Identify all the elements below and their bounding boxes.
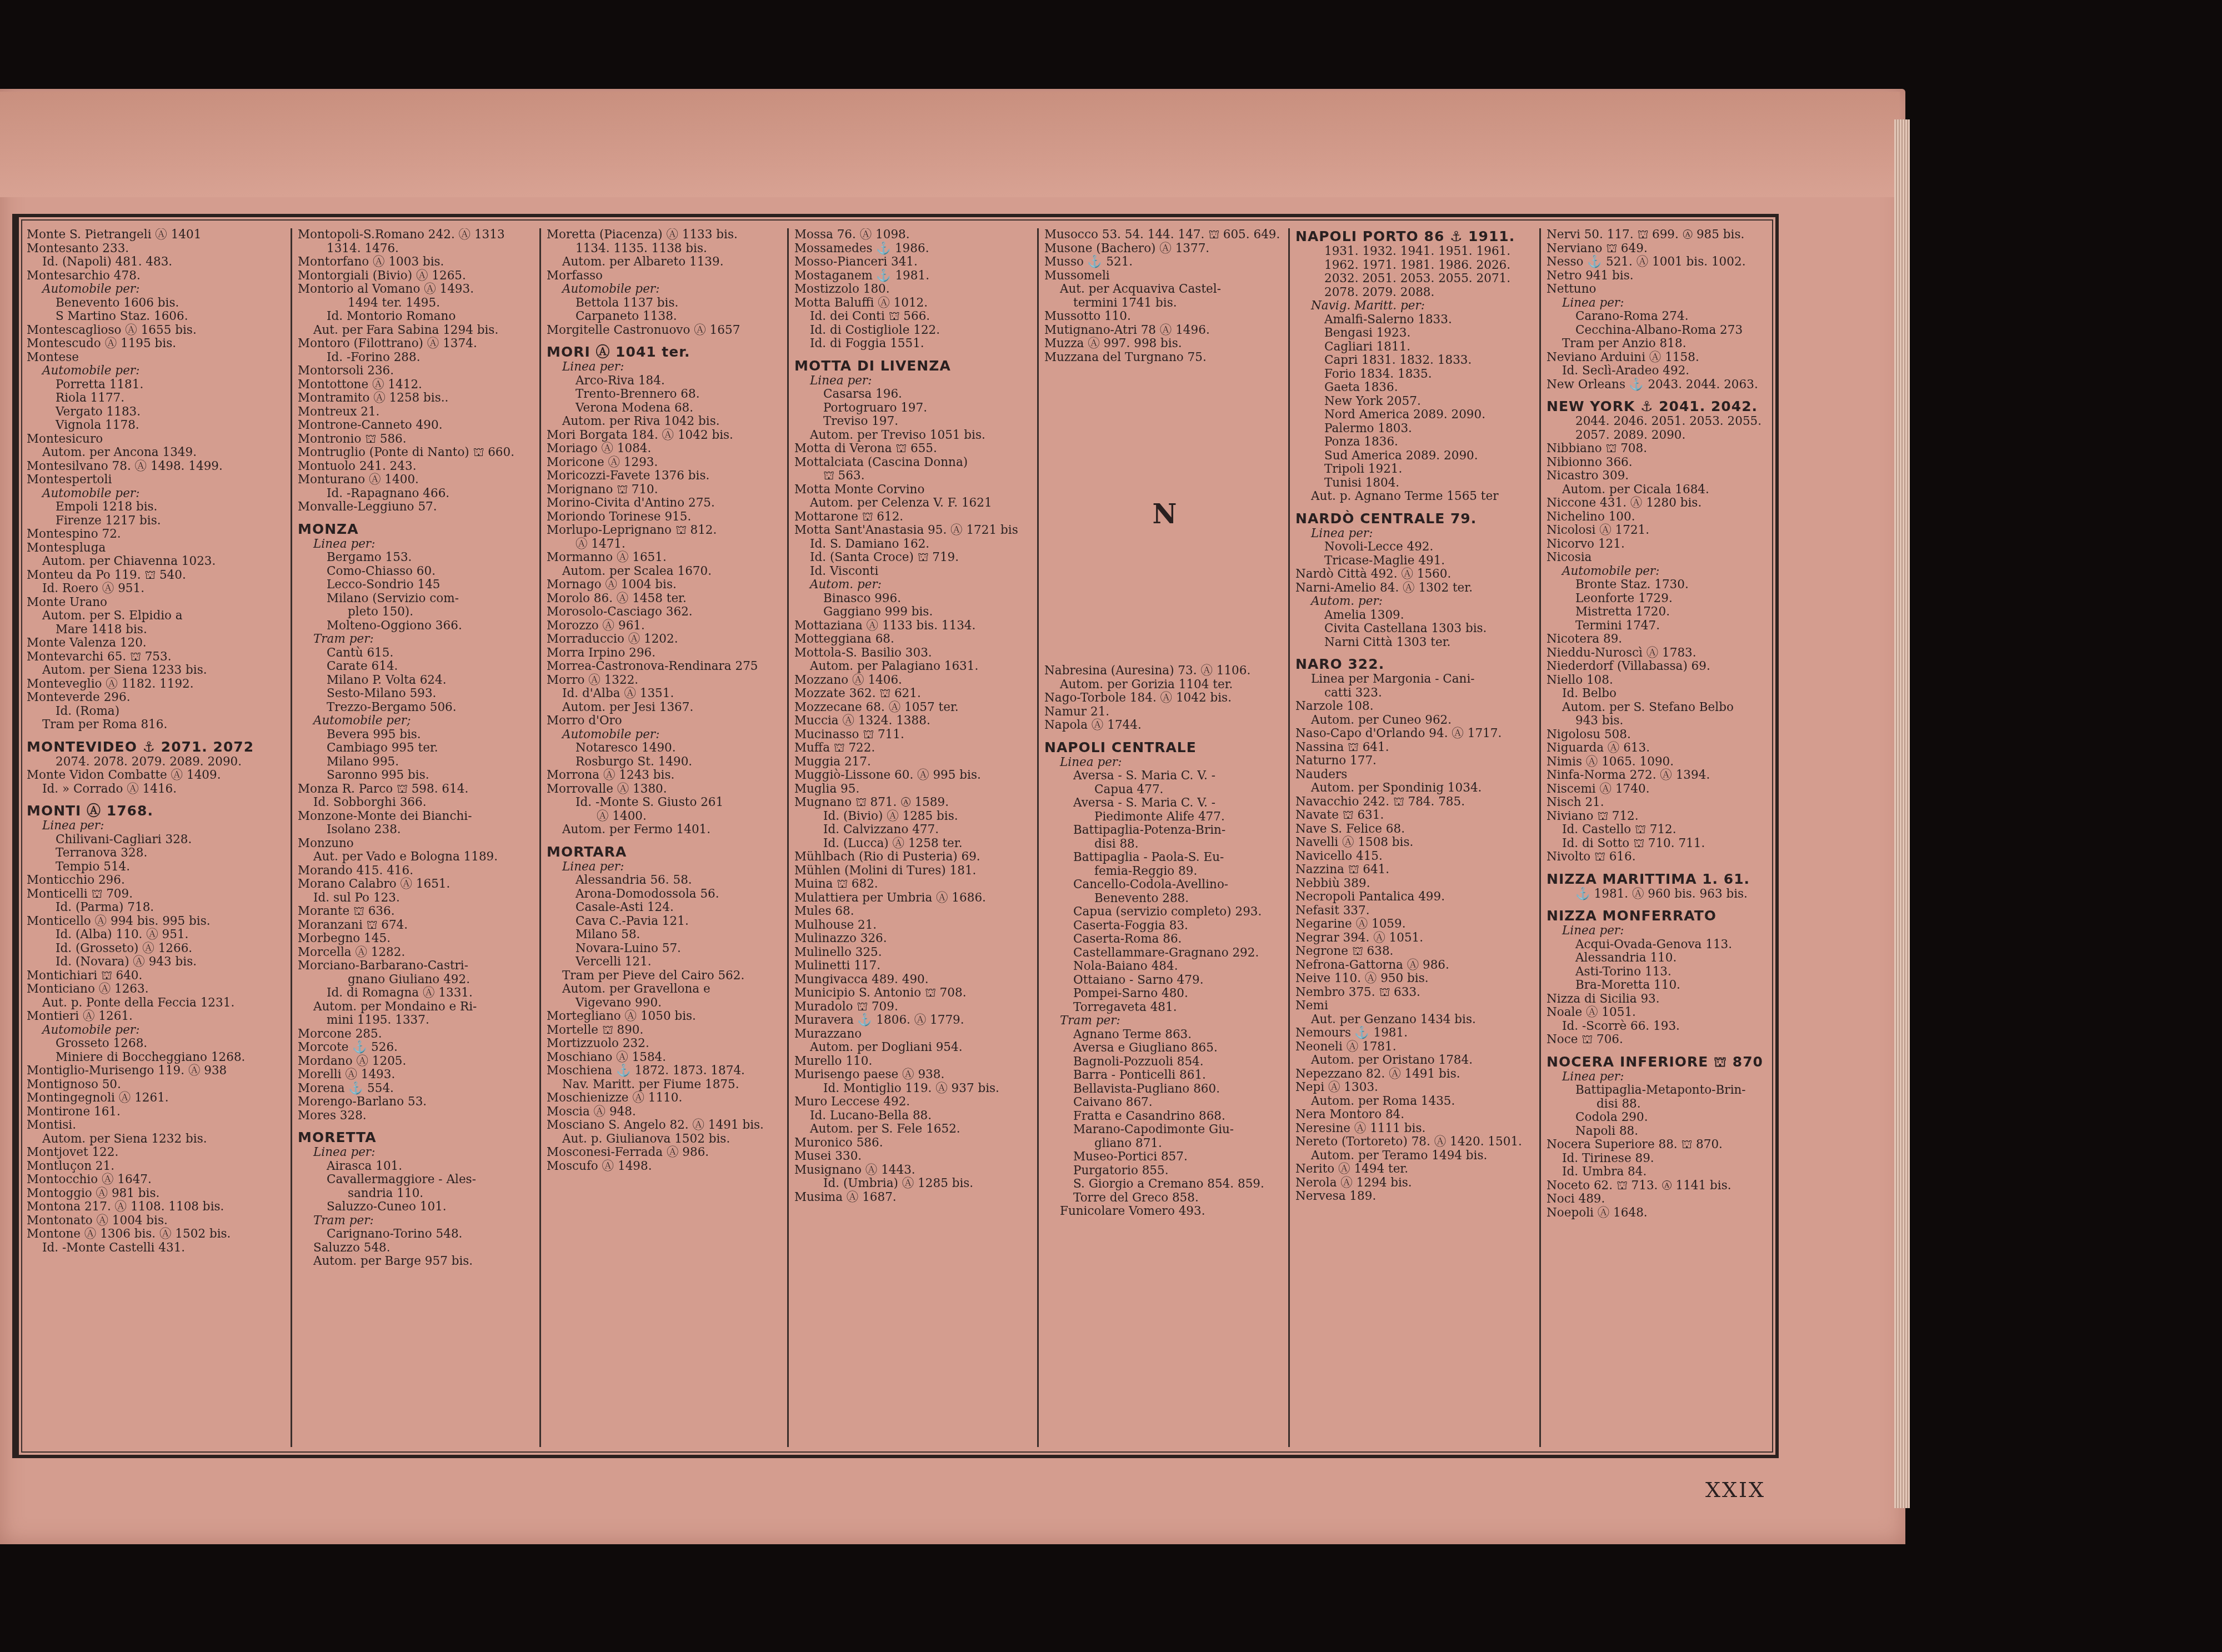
index-subentry: Nola-Baiano 484.	[1044, 960, 1285, 974]
index-entry: Montirone 161.	[27, 1105, 287, 1119]
index-subentry: Id. (Grosseto) Ⓐ 1266.	[27, 942, 287, 956]
index-entry: Monticelli ⛫ 709.	[27, 888, 287, 902]
index-subentry: pleto 150).	[298, 605, 536, 619]
page-number: XXIX	[1705, 1478, 1765, 1502]
index-entry: Motta di Verona ⛫ 655.	[794, 442, 1034, 456]
index-subentry: Aversa e Giugliano 865.	[1044, 1042, 1285, 1055]
index-subentry: Linea per:	[547, 860, 784, 874]
index-entry: Nazzina ⛫ 641.	[1295, 863, 1536, 877]
index-subentry: Civita Castellana 1303 bis.	[1295, 622, 1536, 636]
index-subentry: Gaeta 1836.	[1295, 381, 1536, 395]
index-entry: Nave S. Felice 68.	[1295, 823, 1536, 837]
index-subentry: Novara-Luino 57.	[547, 942, 784, 956]
index-subentry: Autom. per Palagiano 1631.	[794, 660, 1034, 674]
index-subentry: 1931. 1932. 1941. 1951. 1961.	[1295, 245, 1536, 259]
index-entry: Monte Urano	[27, 596, 287, 610]
index-subentry: Gaggiano 999 bis.	[794, 605, 1034, 619]
index-subentry: Id. -Rapagnano 466.	[298, 487, 536, 501]
index-entry: Montignoso 50.	[27, 1078, 287, 1092]
index-subentry: Napoli 88.	[1547, 1125, 1776, 1139]
index-entry: Mortizzuolo 232.	[547, 1037, 784, 1051]
index-subentry: Id. -Scorrè 66. 193.	[1547, 1020, 1776, 1034]
index-entry: Montorfano Ⓐ 1003 bis.	[298, 256, 536, 269]
index-subentry: Como-Chiasso 60.	[298, 565, 536, 579]
index-entry: Nemi	[1295, 999, 1536, 1013]
index-subentry: Aut. p. Agnano Terme 1565 ter	[1295, 490, 1536, 504]
index-subentry: Bra-Moretta 110.	[1547, 979, 1776, 993]
station-heading: NIZZA MARITTIMA 1. 61.	[1547, 871, 1776, 888]
index-subentry: Linea per:	[27, 819, 287, 833]
index-subentry: Id. Tirinese 89.	[1547, 1152, 1776, 1166]
index-entry: Nago-Torbole 184. Ⓐ 1042 bis.	[1044, 692, 1285, 705]
index-entry: Montescaglioso Ⓐ 1655 bis.	[27, 324, 287, 338]
index-entry: Morena ⚓ 554.	[298, 1082, 536, 1096]
index-entry: Moretta (Piacenza) Ⓐ 1133 bis.	[547, 228, 784, 242]
index-entry: Morignano ⛫ 710.	[547, 483, 784, 497]
index-subentry: Id. (Umbria) Ⓐ 1285 bis.	[794, 1177, 1034, 1191]
index-subentry: Autom. per S. Elpidio a	[27, 609, 287, 623]
index-entry: Naturno 177.	[1295, 754, 1536, 768]
index-entry: Murello 110.	[794, 1055, 1034, 1069]
index-subentry: Caserta-Foggia 83.	[1044, 919, 1285, 933]
index-entry: Montespino 72.	[27, 528, 287, 542]
index-subentry: Id. Montorio Romano	[298, 310, 536, 324]
page-edge-stack	[1894, 119, 1910, 1508]
index-subentry: Ⓐ 1471.	[547, 538, 784, 552]
index-entry: Moschiano Ⓐ 1584.	[547, 1051, 784, 1065]
index-entry: Morraduccio Ⓐ 1202.	[547, 633, 784, 647]
index-column-7: Nervi 50. 117. ⛫ 699. Ⓐ 985 bis.Nerviano…	[1541, 228, 1780, 1447]
index-subentry: Id. (Lucca) Ⓐ 1258 ter.	[794, 837, 1034, 851]
index-entry: Mossa 76. Ⓐ 1098.	[794, 228, 1034, 242]
index-entry: Montescudo Ⓐ 1195 bis.	[27, 337, 287, 351]
index-subentry: Piedimonte Alife 477.	[1044, 810, 1285, 824]
index-entry: Navate ⛫ 631.	[1295, 809, 1536, 823]
index-entry: Muravera ⚓ 1806. Ⓐ 1779.	[794, 1014, 1034, 1028]
index-subentry: Trezzo-Bergamo 506.	[298, 701, 536, 715]
index-subentry: 1962. 1971. 1981. 1986. 2026.	[1295, 259, 1536, 273]
index-subentry: Capua 477.	[1044, 783, 1285, 797]
index-entry: Nervi 50. 117. ⛫ 699. Ⓐ 985 bis.	[1547, 228, 1776, 242]
index-subentry: Autom. per Dogliani 954.	[794, 1041, 1034, 1055]
index-subentry: Autom. per Chiavenna 1023.	[27, 555, 287, 569]
index-entry: Naso-Capo d'Orlando 94. Ⓐ 1717.	[1295, 727, 1536, 741]
index-entry: Mornago Ⓐ 1004 bis.	[547, 578, 784, 592]
index-entry: Mosciano S. Angelo 82. Ⓐ 1491 bis.	[547, 1119, 784, 1133]
index-subentry: Trento-Brennero 68.	[547, 388, 784, 402]
index-subentry: Saluzzo-Cuneo 101.	[298, 1200, 536, 1214]
index-column-5: Musocco 53. 54. 144. 147. ⛫ 605. 649.Mus…	[1039, 228, 1290, 1447]
index-subentry: Linea per:	[298, 538, 536, 552]
index-entry: Montronio ⛫ 586.	[298, 433, 536, 447]
index-entry: Netro 941 bis.	[1547, 269, 1776, 283]
index-entry: Nefasit 337.	[1295, 904, 1536, 918]
index-subentry: Grosseto 1268.	[27, 1037, 287, 1051]
index-subentry: Autom. per Barge 957 bis.	[298, 1255, 536, 1269]
index-entry: Mozzate 362. ⛫ 621.	[794, 687, 1034, 701]
index-subentry: Autom. per Spondinig 1034.	[1295, 782, 1536, 795]
index-subentry: Porretta 1181.	[27, 378, 287, 392]
index-subentry: Cambiago 995 ter.	[298, 742, 536, 755]
index-entry: Montonato Ⓐ 1004 bis.	[27, 1214, 287, 1228]
index-entry: Nepi Ⓐ 1303.	[1295, 1081, 1536, 1095]
index-subentry: Id. sul Po 123.	[298, 892, 536, 905]
index-entry: Montichiari ⛫ 640.	[27, 969, 287, 983]
index-subentry: Palermo 1803.	[1295, 422, 1536, 436]
index-entry: Navacchio 242. ⛫ 784. 785.	[1295, 795, 1536, 809]
index-subentry: Id. Belbo	[1547, 687, 1776, 701]
page-top-margin	[0, 92, 1900, 197]
index-entry: Moscia Ⓐ 948.	[547, 1105, 784, 1119]
index-entry: Montevarchi 65. ⛫ 753.	[27, 650, 287, 664]
index-entry: Nembro 375. ⛫ 633.	[1295, 986, 1536, 1000]
index-entry: Muradolo ⛫ 709.	[794, 1000, 1034, 1014]
index-subentry: Autom. per Siena 1232 bis.	[27, 1133, 287, 1147]
index-entry: Mussomeli	[1044, 269, 1285, 283]
station-heading: NARDÒ CENTRALE 79.	[1295, 510, 1536, 527]
index-entry: Morante ⛫ 636.	[298, 905, 536, 919]
index-entry: Motta Baluffi Ⓐ 1012.	[794, 297, 1034, 311]
index-subentry: Molteno-Oggiono 366.	[298, 619, 536, 633]
index-subentry: Autom. per S. Stefano Belbo	[1547, 701, 1776, 715]
index-subentry: Autom. per Oristano 1784.	[1295, 1054, 1536, 1068]
index-subentry: Bagnoli-Pozzuoli 854.	[1044, 1055, 1285, 1069]
index-entry: Nigolosu 508.	[1547, 728, 1776, 742]
index-entry: Nerito Ⓐ 1494 ter.	[1295, 1163, 1536, 1177]
index-subentry: Codola 290.	[1547, 1111, 1776, 1125]
index-subentry: Ottaiano - Sarno 479.	[1044, 974, 1285, 988]
index-entry: Moriondo Torinese 915.	[547, 510, 784, 524]
index-subentry: S. Giorgio a Cremano 854. 859.	[1044, 1178, 1285, 1192]
index-subentry: Id. di Costigliole 122.	[794, 324, 1034, 338]
index-entry: Noale Ⓐ 1051.	[1547, 1006, 1776, 1020]
index-subentry: Autom. per Roma 1435.	[1295, 1095, 1536, 1109]
index-entry: Mulinello 325.	[794, 946, 1034, 960]
index-entry: Necropoli Pantalica 499.	[1295, 890, 1536, 904]
index-subentry: Forio 1834. 1835.	[1295, 368, 1536, 382]
index-subentry: Id. Seclì-Aradeo 492.	[1547, 364, 1776, 378]
index-entry: Nizza di Sicilia 93.	[1547, 993, 1776, 1007]
index-subentry: 1314. 1476.	[298, 242, 536, 256]
index-subentry: Carate 614.	[298, 660, 536, 674]
index-subentry: Caivano 867.	[1044, 1096, 1285, 1110]
index-entry: Motta Sant'Anastasia 95. Ⓐ 1721 bis	[794, 524, 1034, 538]
index-subentry: Id. -Monte Castelli 431.	[27, 1241, 287, 1255]
index-subentry: Mare 1418 bis.	[27, 623, 287, 637]
index-subentry: 2078. 2079. 2088.	[1295, 286, 1536, 300]
index-entry: Moschiena ⚓ 1872. 1873. 1874.	[547, 1064, 784, 1078]
index-entry: Niviano ⛫ 712.	[1547, 810, 1776, 824]
index-entry: Mores 328.	[298, 1109, 536, 1123]
index-entry: Mossamedes ⚓ 1986.	[794, 242, 1034, 256]
index-subentry: 2074. 2078. 2079. 2089. 2090.	[27, 755, 287, 769]
index-entry: Monturano Ⓐ 1400.	[298, 473, 536, 487]
index-subentry: Linea per:	[1295, 527, 1536, 541]
index-subentry: Caserta-Roma 86.	[1044, 933, 1285, 947]
index-entry: Nicolosi Ⓐ 1721.	[1547, 524, 1776, 538]
index-entry: Mori Borgata 184. Ⓐ 1042 bis.	[547, 429, 784, 443]
index-subentry: femia-Reggio 89.	[1044, 865, 1285, 879]
index-subentry: Id. Lucano-Bella 88.	[794, 1109, 1034, 1123]
index-entry: Montreux 21.	[298, 406, 536, 419]
index-subentry: Navig. Maritt. per:	[1295, 299, 1536, 313]
index-subentry: Bergamo 153.	[298, 551, 536, 565]
index-entry: Murisengo paese Ⓐ 938.	[794, 1068, 1034, 1082]
index-subentry: Autom. per:	[1295, 595, 1536, 609]
station-heading: NIZZA MONFERRATO	[1547, 908, 1776, 924]
station-heading: NARO 322.	[1295, 656, 1536, 673]
index-column-6: NAPOLI PORTO 86 ⚓ 1911.1931. 1932. 1941.…	[1290, 228, 1541, 1447]
index-entry: Morino-Civita d'Antino 275.	[547, 497, 784, 510]
index-entry: Nibbiano ⛫ 708.	[1547, 442, 1776, 456]
index-subentry: Bellavista-Pugliano 860.	[1044, 1083, 1285, 1097]
index-subentry: Autom. per Celenza V. F. 1621	[794, 497, 1034, 510]
index-entry: Morcote ⚓ 526.	[298, 1041, 536, 1055]
index-subentry: Acqui-Ovada-Genova 113.	[1547, 938, 1776, 952]
index-entry: Motta Monte Corvino	[794, 483, 1034, 497]
index-subentry: Bettola 1137 bis.	[547, 297, 784, 311]
index-subentry: Id. Roero Ⓐ 951.	[27, 582, 287, 596]
index-subentry: Autom. per Cuneo 962.	[1295, 714, 1536, 728]
index-entry: Namur 21.	[1044, 705, 1285, 719]
index-subentry: Autom. per Ancona 1349.	[27, 446, 287, 460]
index-subentry: Carpaneto 1138.	[547, 310, 784, 324]
index-entry: Monticiano Ⓐ 1263.	[27, 983, 287, 997]
station-heading: NOCERA INFERIORE ⛫ 870	[1547, 1054, 1776, 1070]
index-subentry: gliano 871.	[1044, 1137, 1285, 1151]
index-subentry: Tram per:	[298, 1214, 536, 1228]
index-subentry: Narni Città 1303 ter.	[1295, 636, 1536, 650]
index-entry: Narzole 108.	[1295, 700, 1536, 714]
index-entry: Morcella Ⓐ 1282.	[298, 946, 536, 960]
index-subentry: Vergato 1183.	[27, 406, 287, 419]
index-subentry: Aut. p. Giulianova 1502 bis.	[547, 1133, 784, 1147]
index-entry: Mottaziana Ⓐ 1133 bis. 1134.	[794, 619, 1034, 633]
index-entry: Mugnano ⛫ 871. Ⓐ 1589.	[794, 796, 1034, 810]
index-subentry: Id. Montiglio 119. Ⓐ 937 bis.	[794, 1082, 1034, 1096]
index-subentry: catti 323.	[1295, 687, 1536, 700]
index-entry: Municipio S. Antonio ⛫ 708.	[794, 987, 1034, 1000]
index-entry: Mosso-Pianceri 341.	[794, 256, 1034, 269]
station-heading: MORTARA	[547, 844, 784, 860]
index-entry: Muglia 95.	[794, 783, 1034, 797]
index-subentry: S Martino Staz. 1606.	[27, 310, 287, 324]
index-subentry: Bronte Staz. 1730.	[1547, 578, 1776, 592]
index-subentry: Nav. Maritt. per Fiume 1875.	[547, 1078, 784, 1092]
index-entry: New Orleans ⚓ 2043. 2044. 2063.	[1547, 378, 1776, 392]
index-column-2: Montopoli-S.Romano 242. Ⓐ 13131314. 1476…	[292, 228, 541, 1447]
index-subentry: Tempio 514.	[27, 860, 287, 874]
index-entry: Nereto (Tortoreto) 78. Ⓐ 1420. 1501.	[1295, 1135, 1536, 1149]
index-entry: Mulinazzo 326.	[794, 932, 1034, 946]
index-subentry: Bengasi 1923.	[1295, 327, 1536, 341]
index-entry: Montoro (Filottrano) Ⓐ 1374.	[298, 337, 536, 351]
index-subentry: Carano-Roma 274.	[1547, 310, 1776, 324]
index-subentry: Benevento 288.	[1044, 892, 1285, 906]
index-entry: Nerola Ⓐ 1294 bis.	[1295, 1177, 1536, 1190]
index-entry: Nerviano ⛫ 649.	[1547, 242, 1776, 256]
index-subentry: Autom. per Gravellona e	[547, 983, 784, 997]
index-entry: Monzone-Monte dei Bianchi-	[298, 810, 536, 824]
index-subentry: Aut. per Acquaviva Castel-	[1044, 283, 1285, 297]
index-entry: Morciano-Barbarano-Castri-	[298, 959, 536, 973]
index-entry: Mules 68.	[794, 905, 1034, 919]
index-subentry: 943 bis.	[1547, 714, 1776, 728]
index-subentry: Automobile per:	[27, 487, 287, 501]
index-entry: Montruglio (Ponte di Nanto) ⛫ 660.	[298, 446, 536, 460]
index-subentry: Sesto-Milano 593.	[298, 687, 536, 701]
index-subentry: Id. dei Conti ⛫ 566.	[794, 310, 1034, 324]
index-frame: Monte S. Pietrangeli Ⓐ 1401Montesanto 23…	[12, 214, 1779, 1458]
index-entry: Montisi.	[27, 1119, 287, 1133]
index-subentry: Automobile per:	[1547, 565, 1776, 579]
index-entry: Morelli Ⓐ 1493.	[298, 1068, 536, 1082]
index-entry: Nebbiù 389.	[1295, 877, 1536, 891]
index-subentry: New York 2057.	[1295, 395, 1536, 409]
index-subentry: Amelia 1309.	[1295, 609, 1536, 623]
index-subentry: Lecco-Sondrio 145	[298, 578, 536, 592]
index-subentry: Autom. per S. Fele 1652.	[794, 1123, 1034, 1137]
index-subentry: Tram per:	[298, 633, 536, 647]
index-entry: Nettuno	[1547, 283, 1776, 297]
index-subentry: Capri 1831. 1832. 1833.	[1295, 354, 1536, 368]
index-entry: Morolo 86. Ⓐ 1458 ter.	[547, 592, 784, 606]
index-entry: Muina ⛫ 682.	[794, 878, 1034, 892]
index-subentry: Castellammare-Gragnano 292.	[1044, 947, 1285, 960]
index-subentry: Ponza 1836.	[1295, 435, 1536, 449]
station-heading: NEW YORK ⚓ 2041. 2042.	[1547, 398, 1776, 415]
index-entry: Nervesa 189.	[1295, 1190, 1536, 1204]
index-subentry: Id. d'Alba Ⓐ 1351.	[547, 687, 784, 701]
index-entry: Mosconesi-Ferrada Ⓐ 986.	[547, 1146, 784, 1160]
index-entry: Montuolo 241. 243.	[298, 460, 536, 474]
index-entry: Morgitelle Castronuovo Ⓐ 1657	[547, 324, 784, 338]
index-entry: Neresine Ⓐ 1111 bis.	[1295, 1122, 1536, 1136]
index-subentry: Autom. per Scalea 1670.	[547, 565, 784, 579]
index-entry: Morano Calabro Ⓐ 1651.	[298, 878, 536, 892]
index-entry: Nesso ⚓ 521. Ⓐ 1001 bis. 1002.	[1547, 256, 1776, 269]
index-entry: Montone Ⓐ 1306 bis. Ⓐ 1502 bis.	[27, 1228, 287, 1241]
index-subentry: Rosburgo St. 1490.	[547, 755, 784, 769]
index-entry: Nichelino 100.	[1547, 510, 1776, 524]
index-subentry: Benevento 1606 bis.	[27, 297, 287, 311]
index-entry: Morro d'Oro	[547, 714, 784, 728]
index-subentry: Torre del Greco 858.	[1044, 1192, 1285, 1205]
index-subentry: Tunisi 1804.	[1295, 477, 1536, 490]
index-entry: Muronico 586.	[794, 1137, 1034, 1150]
index-subentry: Mistretta 1720.	[1547, 605, 1776, 619]
index-subentry: Capua (servizio completo) 293.	[1044, 905, 1285, 919]
index-subentry: Id. di Foggia 1551.	[794, 337, 1034, 351]
index-subentry: Id. di Sotto ⛫ 710. 711.	[1547, 837, 1776, 851]
index-subentry: disi 88.	[1547, 1098, 1776, 1112]
index-entry: Niguarda Ⓐ 613.	[1547, 742, 1776, 755]
index-entry: Muro Leccese 492.	[794, 1095, 1034, 1109]
index-subentry: Automobile per:	[547, 283, 784, 297]
index-subentry: Tram per Pieve del Cairo 562.	[547, 969, 784, 983]
index-subentry: Firenze 1217 bis.	[27, 514, 287, 528]
index-entry: Muffa ⛫ 722.	[794, 742, 1034, 755]
index-entry: Mostaganem ⚓ 1981.	[794, 269, 1034, 283]
index-entry: Morrona Ⓐ 1243 bis.	[547, 769, 784, 783]
index-subentry: Saronno 995 bis.	[298, 769, 536, 783]
index-subentry: Agnano Terme 863.	[1044, 1028, 1285, 1042]
station-heading: MORI Ⓐ 1041 ter.	[547, 344, 784, 361]
index-subentry: Autom. per Fermo 1401.	[547, 823, 784, 837]
index-subentry: Casarsa 196.	[794, 388, 1034, 402]
index-subentry: Autom. per Riva 1042 bis.	[547, 415, 784, 429]
index-subentry: Miniere di Boccheggiano 1268.	[27, 1051, 287, 1065]
index-entry: Morengo-Barlano 53.	[298, 1095, 536, 1109]
index-entry: Moricozzi-Favete 1376 bis.	[547, 469, 784, 483]
station-heading: MORETTA	[298, 1129, 536, 1146]
index-subentry: Id. S. Damiano 162.	[794, 538, 1034, 552]
index-entry: Moranzani ⛫ 674.	[298, 919, 536, 933]
index-subentry: Autom. per Teramo 1494 bis.	[1295, 1149, 1536, 1163]
index-entry: Nicotera 89.	[1547, 633, 1776, 647]
index-entry: Montjovet 122.	[27, 1146, 287, 1160]
index-subentry: Automobile per:	[27, 1024, 287, 1038]
index-subentry: Milano P. Volta 624.	[298, 674, 536, 688]
index-entry: Montona 217. Ⓐ 1108. 1108 bis.	[27, 1200, 287, 1214]
index-entry: Moschienizze Ⓐ 1110.	[547, 1092, 784, 1105]
index-entry: Nemours ⚓ 1981.	[1295, 1027, 1536, 1040]
index-subentry: Id. (Bivio) Ⓐ 1285 bis.	[794, 810, 1034, 824]
index-subentry: Cavallermaggiore - Ales-	[298, 1173, 536, 1187]
index-entry: Neoneli Ⓐ 1781.	[1295, 1040, 1536, 1054]
index-entry: Nefrona-Gattorna Ⓐ 986.	[1295, 959, 1536, 973]
index-subentry: Alessandria 56. 58.	[547, 874, 784, 888]
station-heading: MOTTA DI LIVENZA	[794, 358, 1034, 374]
index-entry: Mungivacca 489. 490.	[794, 973, 1034, 987]
index-entry: Muggia 217.	[794, 755, 1034, 769]
index-subentry: Linea per:	[1044, 756, 1285, 770]
index-subentry: Automobile per:	[547, 728, 784, 742]
index-subentry: Aversa - S. Maria C. V. -	[1044, 797, 1285, 810]
index-subentry: Airasca 101.	[298, 1160, 536, 1174]
index-entry: Niccone 431. Ⓐ 1280 bis.	[1547, 497, 1776, 510]
index-entry: Mulhouse 21.	[794, 919, 1034, 933]
index-entry: Montoggio Ⓐ 981 bis.	[27, 1187, 287, 1201]
index-entry: Montorgiali (Bivio) Ⓐ 1265.	[298, 269, 536, 283]
index-entry: Montorsoli 236.	[298, 364, 536, 378]
index-subentry: Marano-Capodimonte Giu-	[1044, 1123, 1285, 1137]
index-subentry: Automobile per;	[298, 714, 536, 728]
index-subentry: Museo-Portici 857.	[1044, 1150, 1285, 1164]
index-entry: Montese	[27, 351, 287, 365]
index-entry: Montieri Ⓐ 1261.	[27, 1010, 287, 1024]
station-heading: NAPOLI CENTRALE	[1044, 739, 1285, 756]
index-entry: Muccia Ⓐ 1324. 1388.	[794, 714, 1034, 728]
index-entry: Nardò Città 492. Ⓐ 1560.	[1295, 568, 1536, 582]
index-subentry: Id. -Forino 288.	[298, 351, 536, 365]
index-subentry: Autom. per Siena 1233 bis.	[27, 664, 287, 678]
index-subentry: Id. (Novara) Ⓐ 943 bis.	[27, 955, 287, 969]
index-subentry: Id. (Parma) 718.	[27, 901, 287, 915]
index-entry: Nicastro 309.	[1547, 469, 1776, 483]
index-subentry: Leonforte 1729.	[1547, 592, 1776, 606]
index-entry: Nepezzano 82. Ⓐ 1491 bis.	[1295, 1068, 1536, 1082]
index-entry: Montingegnoli Ⓐ 1261.	[27, 1092, 287, 1105]
index-subentry: Id. (Roma)	[27, 705, 287, 719]
index-subentry: Linea per Margonia - Cani-	[1295, 673, 1536, 687]
index-subentry: Milano 995.	[298, 755, 536, 769]
index-subentry: Notaresco 1490.	[547, 742, 784, 755]
index-subentry: Arona-Domodossola 56.	[547, 888, 784, 902]
index-subentry: Vercelli 121.	[547, 955, 784, 969]
index-entry: Muggiò-Lissone 60. Ⓐ 995 bis.	[794, 769, 1034, 783]
index-entry: Mortegliano Ⓐ 1050 bis.	[547, 1010, 784, 1024]
